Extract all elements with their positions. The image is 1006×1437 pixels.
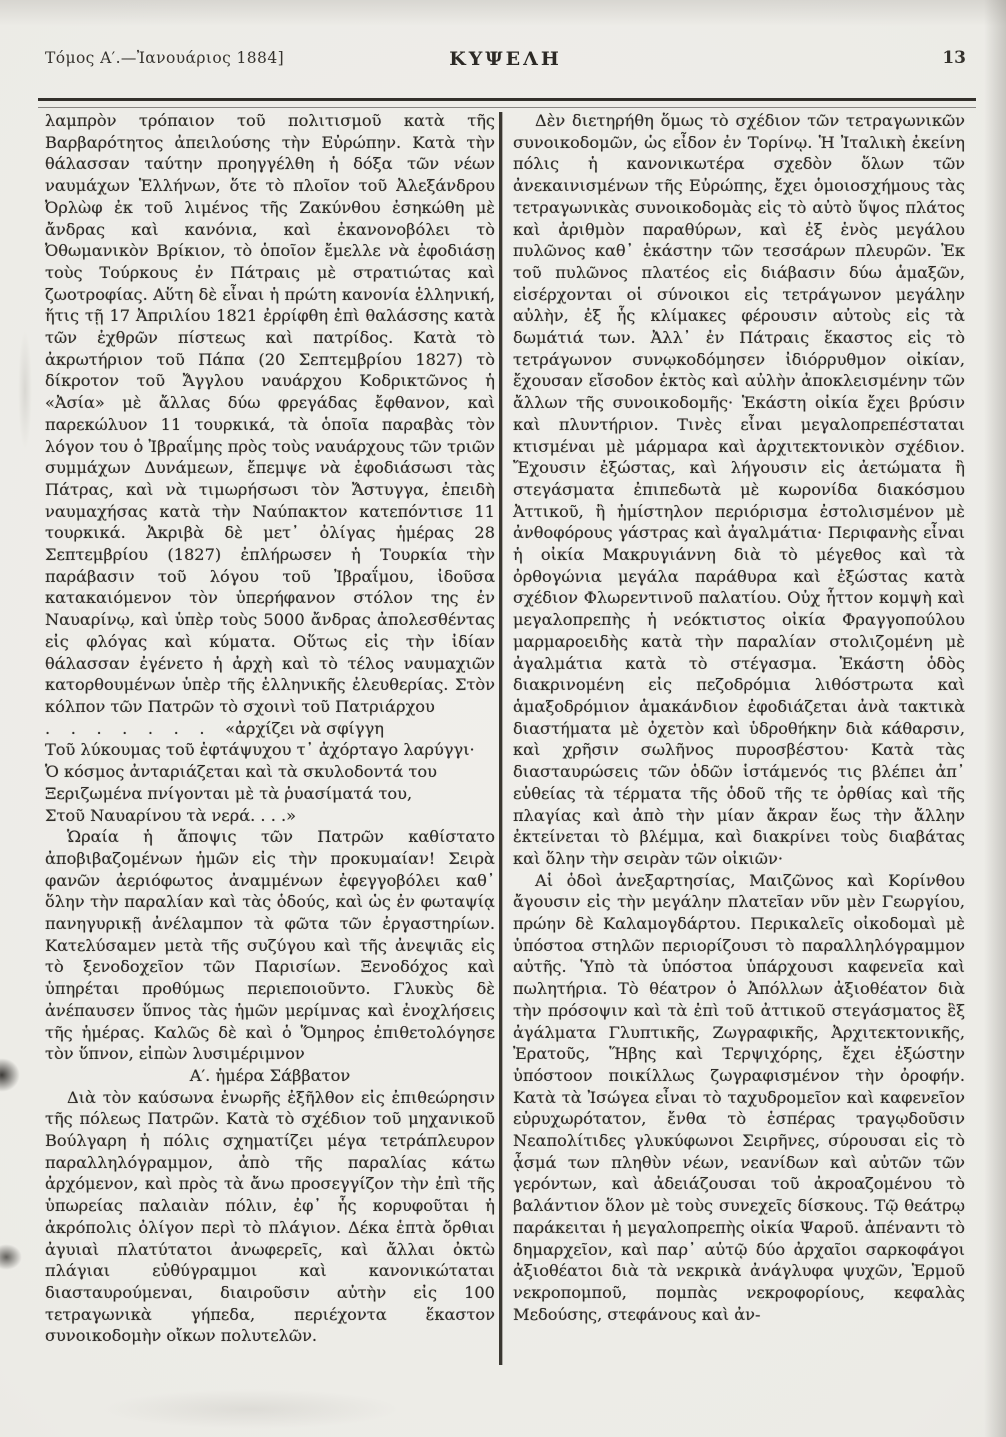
scan-edge-shadow [984, 0, 1006, 1437]
header-rule [38, 98, 976, 108]
scanned-page: Τόμος Α′.—Ἰανουάριος 1884] ΚΥΨΕΛΗ 13 λαμ… [0, 0, 1006, 1437]
verse-line: Στοῦ Ναυαρίνου τὰ νερά. . . .» [45, 805, 495, 827]
body-paragraph: Διὰ τὸν καύσωνα ἑνωρῆς ἐξῆλθον εἰς ἐπιθε… [45, 1087, 495, 1347]
paper-stain [100, 1389, 400, 1429]
journal-title: ΚΥΨΕΛΗ [45, 48, 966, 70]
scan-edge-shadow [0, 0, 1006, 26]
day-heading: Α′. ἡμέρα Σάββατον [45, 1065, 495, 1087]
body-paragraph: Δὲν διετηρήθη ὅμως τὸ σχέδιον τῶν τετραγ… [513, 110, 965, 870]
ink-smudge [0, 1244, 22, 1270]
column-divider-rule [499, 112, 502, 1365]
verse-line: Ξεριζωμένα πνίγονται μὲ τὰ ῥυασίματά του… [45, 783, 495, 805]
verse-line: Ὁ κόσμος ἀνταριάζεται καὶ τὰ σκυλοδοντά … [45, 761, 495, 783]
paper-stain [18, 330, 32, 450]
right-column: Δὲν διετηρήθη ὅμως τὸ σχέδιον τῶν τετραγ… [513, 110, 965, 1325]
body-paragraph: Αἱ ὁδοὶ ἀνεξαρτησίας, Μαιζῶνος καὶ Κορίν… [513, 870, 965, 1326]
verse-line: Τοῦ λύκουμας τοῦ ἑφτάψυχου τ᾽ ἀχόρταγο λ… [45, 739, 495, 761]
body-paragraph: λαμπρὸν τρόπαιον τοῦ πολιτισμοῦ κατὰ τῆς… [45, 110, 495, 718]
verse-quotation: . . . . . . . «ἀρχίζει νὰ σφίγγη Τοῦ λύκ… [45, 718, 495, 827]
left-column: λαμπρὸν τρόπαιον τοῦ πολιτισμοῦ κατὰ τῆς… [45, 110, 495, 1347]
page-header: Τόμος Α′.—Ἰανουάριος 1884] ΚΥΨΕΛΗ 13 [45, 48, 966, 78]
verse-line: . . . . . . . «ἀρχίζει νὰ σφίγγη [45, 718, 495, 740]
ink-smudge [0, 1058, 20, 1092]
body-paragraph: Ὡραία ἡ ἄποψις τῶν Πατρῶν καθίστατο ἀποβ… [45, 826, 495, 1065]
